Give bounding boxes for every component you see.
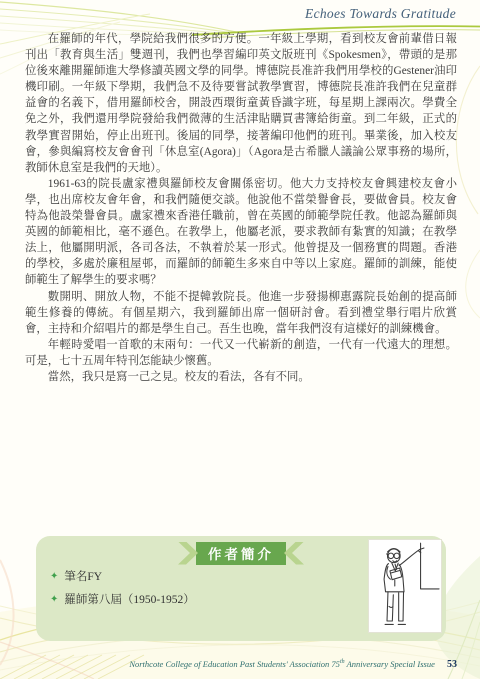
page-number: 53 [447, 659, 457, 670]
author-class-text: 羅師第八屆（1950-1952） [64, 591, 194, 607]
author-info-list: ✦ 筆名FY ✦ 羅師第八屆（1950-1952） [50, 568, 195, 614]
paragraph-5: 當然，我只是寫一己之見。校友的看法，各有不同。 [25, 369, 457, 385]
sparkle-bullet-icon: ✦ [50, 594, 58, 605]
author-intro-title: 作者簡介 [196, 542, 286, 565]
author-info-item-penname: ✦ 筆名FY [50, 568, 195, 584]
paragraph-3: 數開明、開放人物，不能不提韓敦院長。他進一步發揚柳惠露院長始創的提高師範生修養的… [25, 289, 457, 337]
paragraph-1: 在羅師的年代，學院給我們很多的方便。一年級上學期，看到校友會前輩借日報刊出「教育… [25, 31, 457, 176]
teacher-illustration [368, 539, 442, 633]
page-header-title: Echoes Towards Gratitude [305, 6, 456, 22]
ribbon-right-chevron-icon [284, 542, 304, 565]
teacher-at-blackboard-icon [369, 540, 441, 632]
ribbon-left-chevron-icon [178, 542, 198, 565]
author-intro-box: 作者簡介 ✦ 筆名FY ✦ 羅師第八屆（1950-1952） [36, 536, 446, 641]
author-info-item-class: ✦ 羅師第八屆（1950-1952） [50, 591, 195, 607]
paragraph-2: 1961-63的院長盧家禮與羅師校友會關係密切。他大力支持校友會興建校友會小學，… [25, 176, 457, 289]
paragraph-4: 年輕時愛唱一首歌的末兩句：一代又一代嶄新的創造，一代有一代遠大的理想。可是，七十… [25, 337, 457, 369]
journal-title-text: Northcote College of Education Past Stud… [129, 659, 435, 669]
article-body: 在羅師的年代，學院給我們很多的方便。一年級上學期，看到校友會前輩借日報刊出「教育… [25, 31, 457, 385]
sparkle-bullet-icon: ✦ [50, 571, 58, 582]
document-page: Echoes Towards Gratitude 在羅師的年代，學院給我們很多的… [0, 0, 480, 679]
author-penname-text: 筆名FY [64, 568, 102, 584]
page-footer: Northcote College of Education Past Stud… [129, 659, 457, 670]
